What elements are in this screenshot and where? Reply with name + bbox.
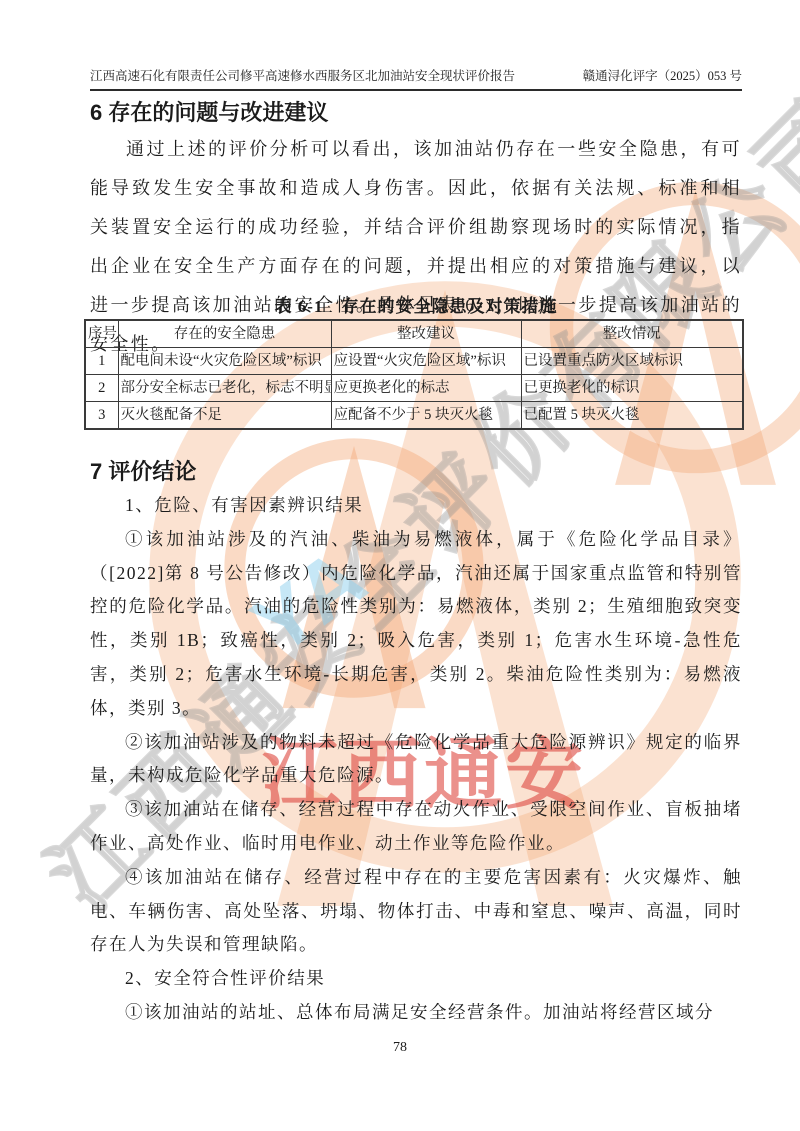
table-header-cell-hazard: 存在的安全隐患 <box>118 320 331 348</box>
table-row: 1 配电间未设“火灾危险区域”标识 应设置“火灾危险区域”标识 已设置重点防火区… <box>85 348 743 375</box>
page-header: 江西高速石化有限责任公司修平高速修水西服务区北加油站安全现状评价报告 赣通浔化评… <box>90 66 742 91</box>
table-cell-advice: 应配备不少于 5 块灭火毯 <box>331 402 521 430</box>
section7-item: ④该加油站在储存、经营过程中存在的主要危害因素有：火灾爆炸、触电、车辆伤害、高处… <box>90 861 742 962</box>
header-report-title: 江西高速石化有限责任公司修平高速修水西服务区北加油站安全现状评价报告 <box>90 66 515 84</box>
page-number: 78 <box>0 1040 800 1056</box>
section7-heading: 7 评价结论 <box>90 455 196 486</box>
section7-item: 2、安全符合性评价结果 <box>90 962 742 996</box>
section7-item: ①该加油站的站址、总体布局满足安全经营条件。加油站将经营区域分 <box>90 996 742 1030</box>
document-page: 江西通安全评价有限公司 YA 江西通安 江西高速石化有限责任公司修平高速修水西服… <box>0 0 800 1131</box>
table-header-cell-advice: 整改建议 <box>331 320 521 348</box>
table-cell-status: 已更换老化的标识 <box>521 375 743 402</box>
table-row: 2 部分安全标志已老化，标志不明显 应更换老化的标志 已更换老化的标识 <box>85 375 743 402</box>
table-cell-advice: 应设置“火灾危险区域”标识 <box>331 348 521 375</box>
table-cell-index: 1 <box>85 348 118 375</box>
table-cell-status: 已设置重点防火区域标识 <box>521 348 743 375</box>
section7-item: ③该加油站在储存、经营过程中存在动火作业、受限空间作业、盲板抽堵作业、高处作业、… <box>90 793 742 861</box>
header-document-number: 赣通浔化评字（2025）053 号 <box>583 66 742 84</box>
hazards-table: 序号 存在的安全隐患 整改建议 整改情况 1 配电间未设“火灾危险区域”标识 应… <box>84 319 744 430</box>
section6-heading: 6 存在的问题与改进建议 <box>90 96 328 127</box>
section7-item: ①该加油站涉及的汽油、柴油为易燃液体，属于《危险化学品目录》（[2022]第 8… <box>90 523 742 726</box>
section7-item: ②该加油站涉及的物料未超过《危险化学品重大危险源辨识》规定的临界量，未构成危险化… <box>90 726 742 794</box>
table-header-cell-status: 整改情况 <box>521 320 743 348</box>
table-header-cell-index: 序号 <box>85 320 118 348</box>
table-cell-hazard: 部分安全标志已老化，标志不明显 <box>118 375 331 402</box>
table-cell-hazard: 灭火毯配备不足 <box>118 402 331 430</box>
table-caption: 表 6-1 存在的安全隐患及对策措施 <box>90 292 742 317</box>
table-cell-advice: 应更换老化的标志 <box>331 375 521 402</box>
section7-item: 1、危险、有害因素辨识结果 <box>90 489 742 523</box>
section7-body: 1、危险、有害因素辨识结果 ①该加油站涉及的汽油、柴油为易燃液体，属于《危险化学… <box>90 489 742 1030</box>
table-cell-hazard: 配电间未设“火灾危险区域”标识 <box>118 348 331 375</box>
table-row: 3 灭火毯配备不足 应配备不少于 5 块灭火毯 已配置 5 块灭火毯 <box>85 402 743 430</box>
table-cell-status: 已配置 5 块灭火毯 <box>521 402 743 430</box>
table-header-row: 序号 存在的安全隐患 整改建议 整改情况 <box>85 320 743 348</box>
table-cell-index: 3 <box>85 402 118 430</box>
table-cell-index: 2 <box>85 375 118 402</box>
